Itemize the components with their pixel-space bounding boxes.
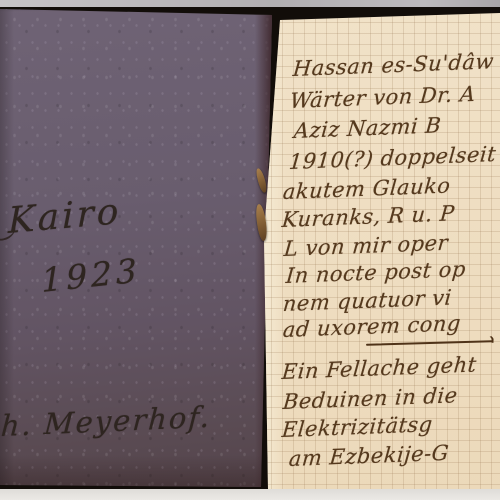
notebook-page: Hassan es-Su'dâw Wärter von Dr. A Aziz N… <box>260 0 500 500</box>
scanned-notebook-photo: Kairo 1923 h. Meyerhof. Hassan es-Su'dâw… <box>0 0 500 500</box>
handwriting-line: Ein Fellache geht <box>281 352 478 384</box>
handwriting-line: 1910(?) doppelseit <box>288 142 497 174</box>
handwriting-line: Kuranks, R u. P <box>281 201 456 232</box>
handwriting-line: In nocte post op <box>285 257 467 288</box>
handwriting-line: ad uxorem cong <box>282 311 462 342</box>
handwriting-line: Beduinen in die <box>282 383 459 414</box>
handwriting-line: L von mir oper <box>283 231 449 261</box>
scanner-background-top <box>0 0 500 7</box>
handwriting-line: Elektrizitätsg <box>281 412 434 442</box>
handwriting-line: am Ezbekije-G <box>288 441 450 471</box>
handwriting-line: Aziz Nazmi B <box>293 113 442 143</box>
handwriting-line: akutem Glauko <box>282 173 452 204</box>
handwritten-divider-line <box>366 340 493 346</box>
handwriting-line: Hassan es-Su'dâw <box>292 49 495 81</box>
handwriting-line: Wärter von Dr. A <box>289 82 477 113</box>
notebook-cover: Kairo 1923 h. Meyerhof. <box>0 0 273 500</box>
scanner-background-bottom <box>0 489 500 500</box>
